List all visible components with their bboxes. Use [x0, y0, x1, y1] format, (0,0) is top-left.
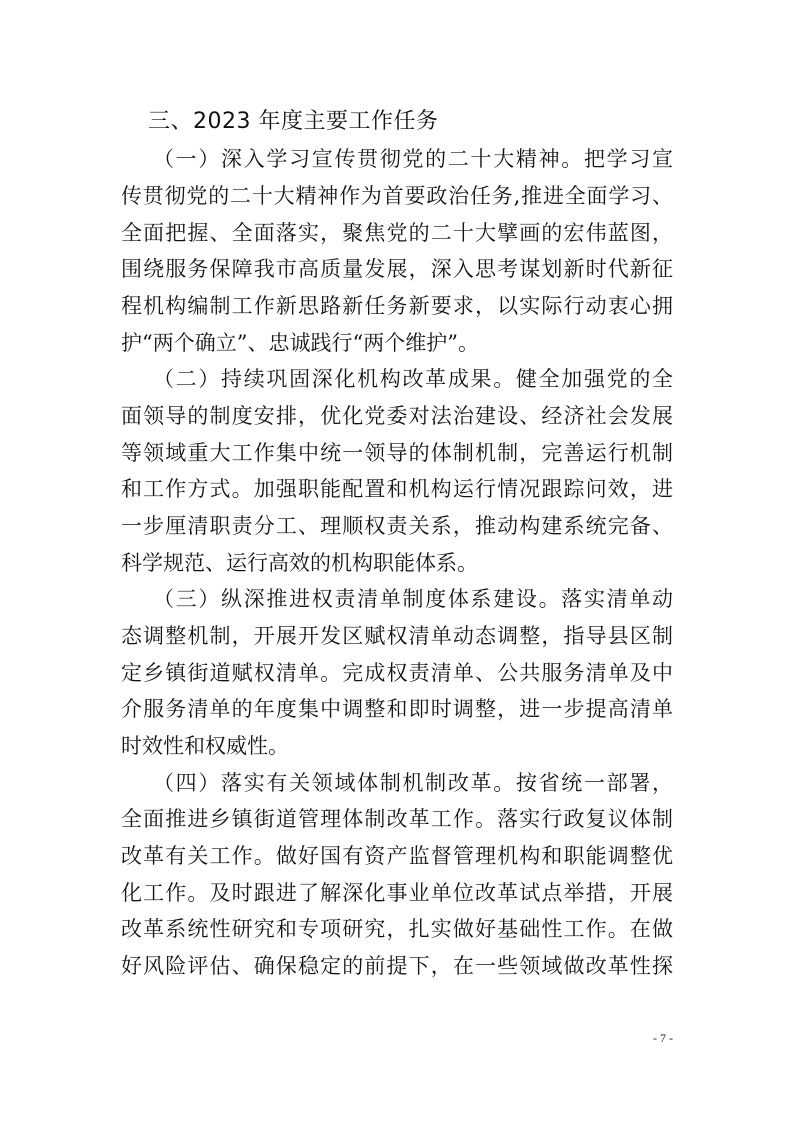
paragraph-line: 定乡镇街道赋权清单。完成权责清单、公共服务清单及中	[121, 658, 673, 688]
paragraph-line: 好风险评估、确保稳定的前提下，在一些领域做改革性探	[121, 951, 673, 981]
paragraph-line: （二）持续巩固深化机构改革成果。健全加强党的全	[153, 364, 673, 394]
paragraph-line: 科学规范、运行高效的机构职能体系。	[121, 548, 673, 578]
paragraph-line: 面领导的制度安排，优化党委对法治建设、经济社会发展	[121, 401, 673, 431]
paragraph-line: 改革系统性研究和专项研究，扎实做好基础性工作。在做	[121, 914, 673, 944]
paragraph-line: 围绕服务保障我市高质量发展，深入思考谋划新时代新征	[121, 254, 673, 284]
paragraph-line: （三）纵深推进权责清单制度体系建设。落实清单动	[153, 584, 673, 614]
section-heading: 三、2023 年度主要工作任务	[148, 107, 438, 137]
paragraph-line: 介服务清单的年度集中调整和即时调整，进一步提高清单	[121, 694, 673, 724]
paragraph-line: 传贯彻党的二十大精神作为首要政治任务,推进全面学习、	[121, 181, 673, 211]
paragraph-line: 时效性和权威性。	[121, 731, 673, 761]
page-number: - 7 -	[648, 1030, 678, 1046]
paragraph-line: 和工作方式。加强职能配置和机构运行情况跟踪问效，进	[121, 474, 673, 504]
paragraph-line: 程机构编制工作新思路新任务新要求，以实际行动衷心拥	[121, 291, 673, 321]
paragraph-line: （四）落实有关领域体制机制改革。按省统一部署，	[153, 768, 673, 798]
paragraph-line: 态调整机制，开展开发区赋权清单动态调整，指导县区制	[121, 621, 673, 651]
paragraph-line: 改革有关工作。做好国有资产监督管理机构和职能调整优	[121, 841, 673, 871]
paragraph-line: 一步厘清职责分工、理顺权责关系，推动构建系统完备、	[121, 511, 673, 541]
paragraph-line: 化工作。及时跟进了解深化事业单位改革试点举措，开展	[121, 878, 673, 908]
paragraph-line: 全面把握、全面落实，聚焦党的二十大擘画的宏伟蓝图，	[121, 218, 673, 248]
paragraph-line: （一）深入学习宣传贯彻党的二十大精神。把学习宣	[153, 144, 673, 174]
document-page: 三、2023 年度主要工作任务 （一）深入学习宣传贯彻党的二十大精神。把学习宣 …	[0, 0, 793, 1122]
paragraph-line: 等领域重大工作集中统一领导的体制机制，完善运行机制	[121, 438, 673, 468]
paragraph-line: 全面推进乡镇街道管理体制改革工作。落实行政复议体制	[121, 804, 673, 834]
paragraph-line: 护“两个确立”、忠诚践行“两个维护”。	[121, 328, 673, 358]
